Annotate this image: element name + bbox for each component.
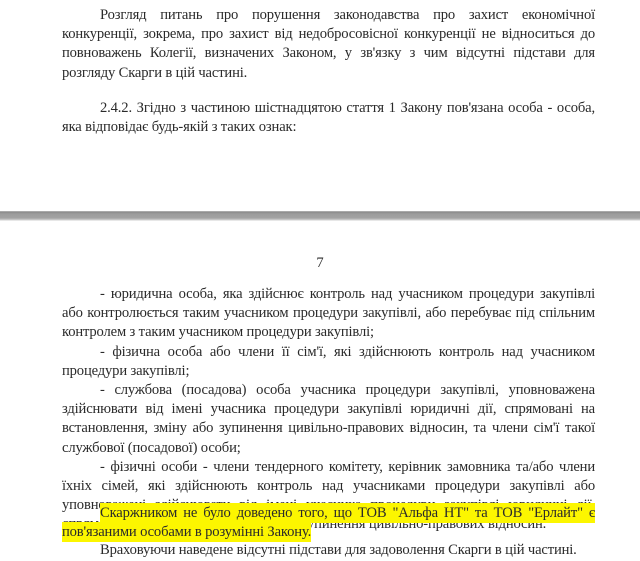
paragraph-competition-law: Розгляд питань про порушення законодавст…: [62, 6, 595, 83]
page-number: 7: [0, 254, 640, 273]
document-page-bottom: 7 - юридична особа, яка здійснює контрол…: [0, 221, 640, 561]
list-item-natural-person: - фізична особа або члени її сім'ї, які …: [62, 343, 595, 381]
list-item-official: - службова (посадова) особа учасника про…: [62, 381, 595, 458]
highlighted-text: Скаржником не було доведено того, що ТОВ…: [62, 503, 595, 542]
page-break-separator: [0, 211, 640, 221]
conclusion-paragraph: Враховуючи наведене відсутні підстави дл…: [62, 541, 595, 560]
list-item-legal-entity: - юридична особа, яка здійснює контроль …: [62, 285, 595, 343]
document-page-top: Розгляд питань про порушення законодавст…: [0, 0, 640, 211]
highlighted-paragraph: Скаржником не було доведено того, що ТОВ…: [62, 504, 595, 542]
paragraph-2-4-2: 2.4.2. Згідно з частиною шістнадцятою ст…: [62, 99, 595, 137]
